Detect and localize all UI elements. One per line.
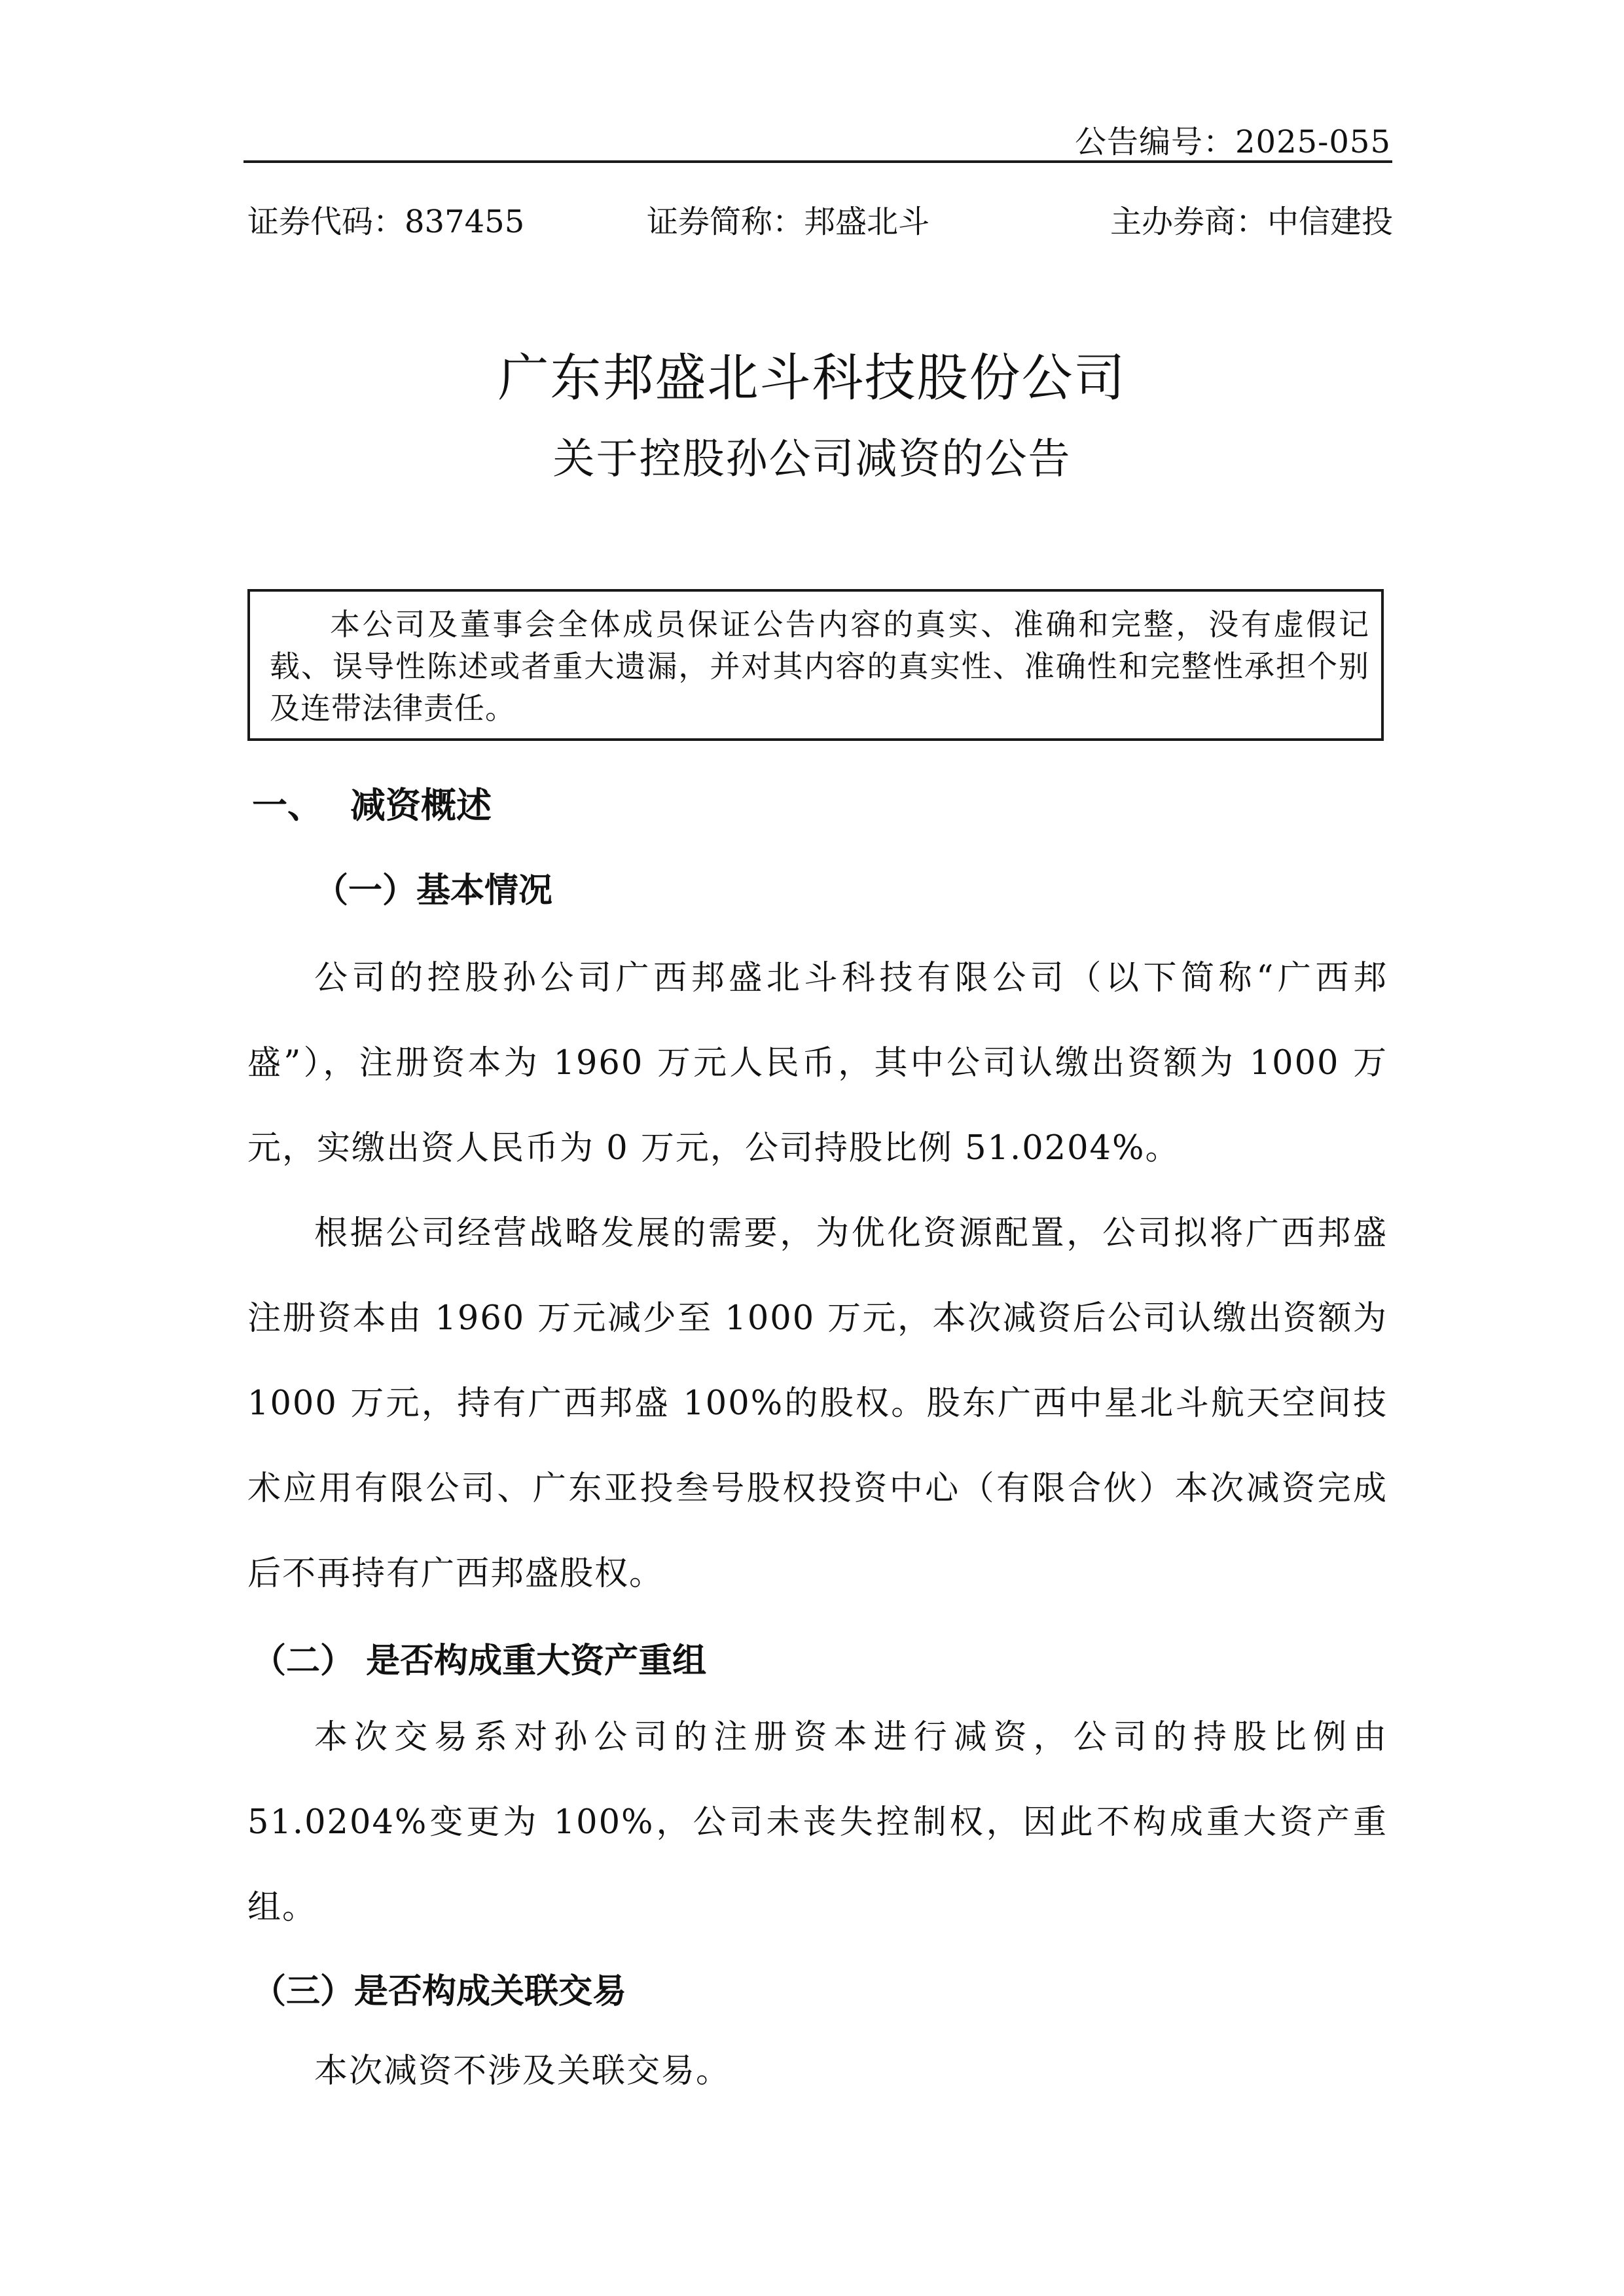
- paragraph-reduction-plan: 根据公司经营战略发展的需要，为优化资源配置，公司拟将广西邦盛注册资本由 1960…: [247, 1191, 1388, 1617]
- announcement-number: 公告编号：2025-055: [1075, 117, 1391, 162]
- disclaimer-box: 本公司及董事会全体成员保证公告内容的真实、准确和完整，没有虚假记载、误导性陈述或…: [247, 589, 1384, 741]
- company-title: 广东邦盛北斗科技股份公司: [0, 337, 1624, 410]
- header-divider: [244, 160, 1392, 163]
- subsection-heading-restructuring: （二） 是否构成重大资产重组: [252, 1633, 706, 1682]
- announcement-title: 关于控股孙公司减资的公告: [0, 425, 1624, 486]
- paragraph-restructuring: 本次交易系对孙公司的注册资本进行减资，公司的持股比例由 51.0204%变更为 …: [247, 1695, 1388, 1950]
- section-heading: 一、减资概述: [252, 778, 492, 828]
- subsection-heading-basic: （一）基本情况: [314, 863, 552, 912]
- paragraph-related-transaction: 本次减资不涉及关联交易。: [247, 2029, 1388, 2114]
- security-info-row: 证券代码：837455 证券简称：邦盛北斗 主办券商：中信建投: [247, 196, 1393, 242]
- subsection-heading-related-transaction: （三）是否构成关联交易: [252, 1964, 626, 2013]
- section-title: 减资概述: [350, 784, 492, 826]
- paragraph-basic-info: 公司的控股孙公司广西邦盛北斗科技有限公司（以下简称“广西邦盛”），注册资本为 1…: [247, 936, 1388, 1191]
- security-short-name: 证券简称：邦盛北斗: [647, 196, 929, 242]
- security-code: 证券代码：837455: [247, 196, 524, 242]
- announcement-number-label: 公告编号：: [1075, 124, 1235, 160]
- announcement-number-value: 2025-055: [1235, 124, 1391, 160]
- disclaimer-text: 本公司及董事会全体成员保证公告内容的真实、准确和完整，没有虚假记载、误导性陈述或…: [270, 603, 1369, 729]
- section-number: 一、: [252, 778, 350, 828]
- sponsor-broker: 主办券商：中信建投: [1110, 196, 1393, 242]
